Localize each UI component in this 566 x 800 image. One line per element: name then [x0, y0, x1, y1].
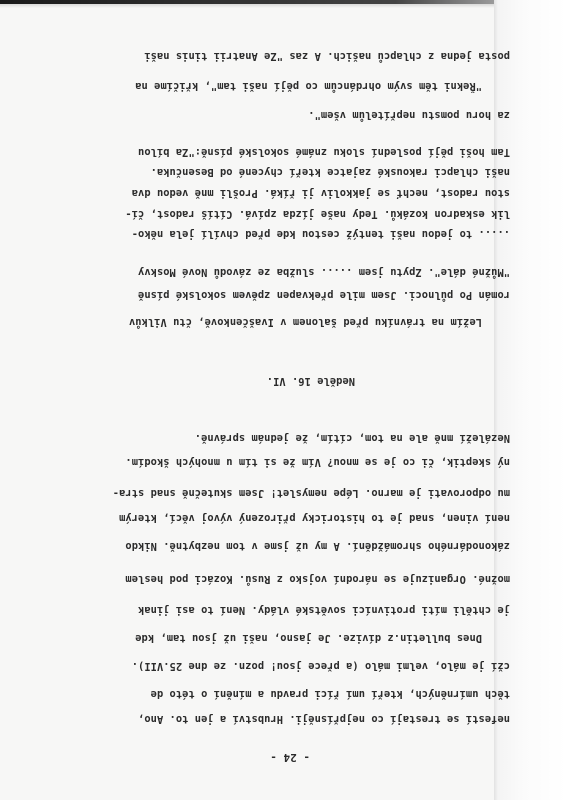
text-line: možné. Organizuje se národní vojsko z Ru… [125, 573, 510, 585]
text-line: Nezáleží mně ale na tom, cítím, že jedná… [195, 432, 510, 444]
text-line: ný skeptik, či co je se mnou? Vím že si … [125, 456, 510, 468]
text-line: nefestí se trestají co nejpřísněji. Hrub… [138, 713, 510, 725]
text-line: lik eskadron kozáků. Tedy naše jízda zpí… [125, 208, 510, 220]
text-line: Tam hoši pějí poslední sloku známé sokol… [138, 146, 510, 158]
scan-bed-edge [0, 0, 494, 4]
text-line: román Po půlnoci. Jsem mile překvapen zp… [138, 289, 510, 301]
text-line: za horu pomstu nepřítelům všem". [308, 109, 510, 121]
text-line: "Můžné dále". Zpytu jsem ..... služba ze… [138, 266, 510, 278]
scanned-document-page: - 24 - nefestí se trestají co nejpřísněj… [0, 0, 566, 800]
diary-date-heading: Neděle 16. VI. [267, 375, 355, 387]
page-number: - 24 - [270, 751, 310, 764]
text-line: zákonodárného shromáždění. A my už jsme … [125, 540, 510, 552]
text-line: stou radost, nechť se jakkoliv ji říká. … [132, 187, 510, 199]
text-line: Ležím na trávníku před šalonem v Ivaščen… [129, 316, 482, 328]
text-line: cží je málo, velmi málo (a přece jsou! p… [132, 660, 510, 672]
text-line: mu odporovati je marno. Lépe nemyslet! J… [113, 487, 510, 499]
text-line: je chtěli míti protivníci sovětské vlády… [138, 604, 510, 616]
text-line: "Řekni těm svým ohrdáncům co pějí naši t… [135, 80, 482, 92]
text-line: naši chlapci rakouské zajatce kteří chyc… [151, 166, 510, 178]
text-line: není vinen, snad je to historicky přiroz… [119, 512, 510, 524]
scan-edge-fade [0, 4, 494, 8]
text-line: těch umírněných, kteří umí říci pravdu a… [151, 688, 510, 700]
text-line: posta jedna z chlapců našich. A zas "Ze … [144, 50, 510, 62]
text-line: ..... to jedou naši tentýž cestou kde př… [132, 228, 510, 240]
text-line: Dnes bulletin.z dívize. Je jasno, naši u… [135, 632, 482, 644]
